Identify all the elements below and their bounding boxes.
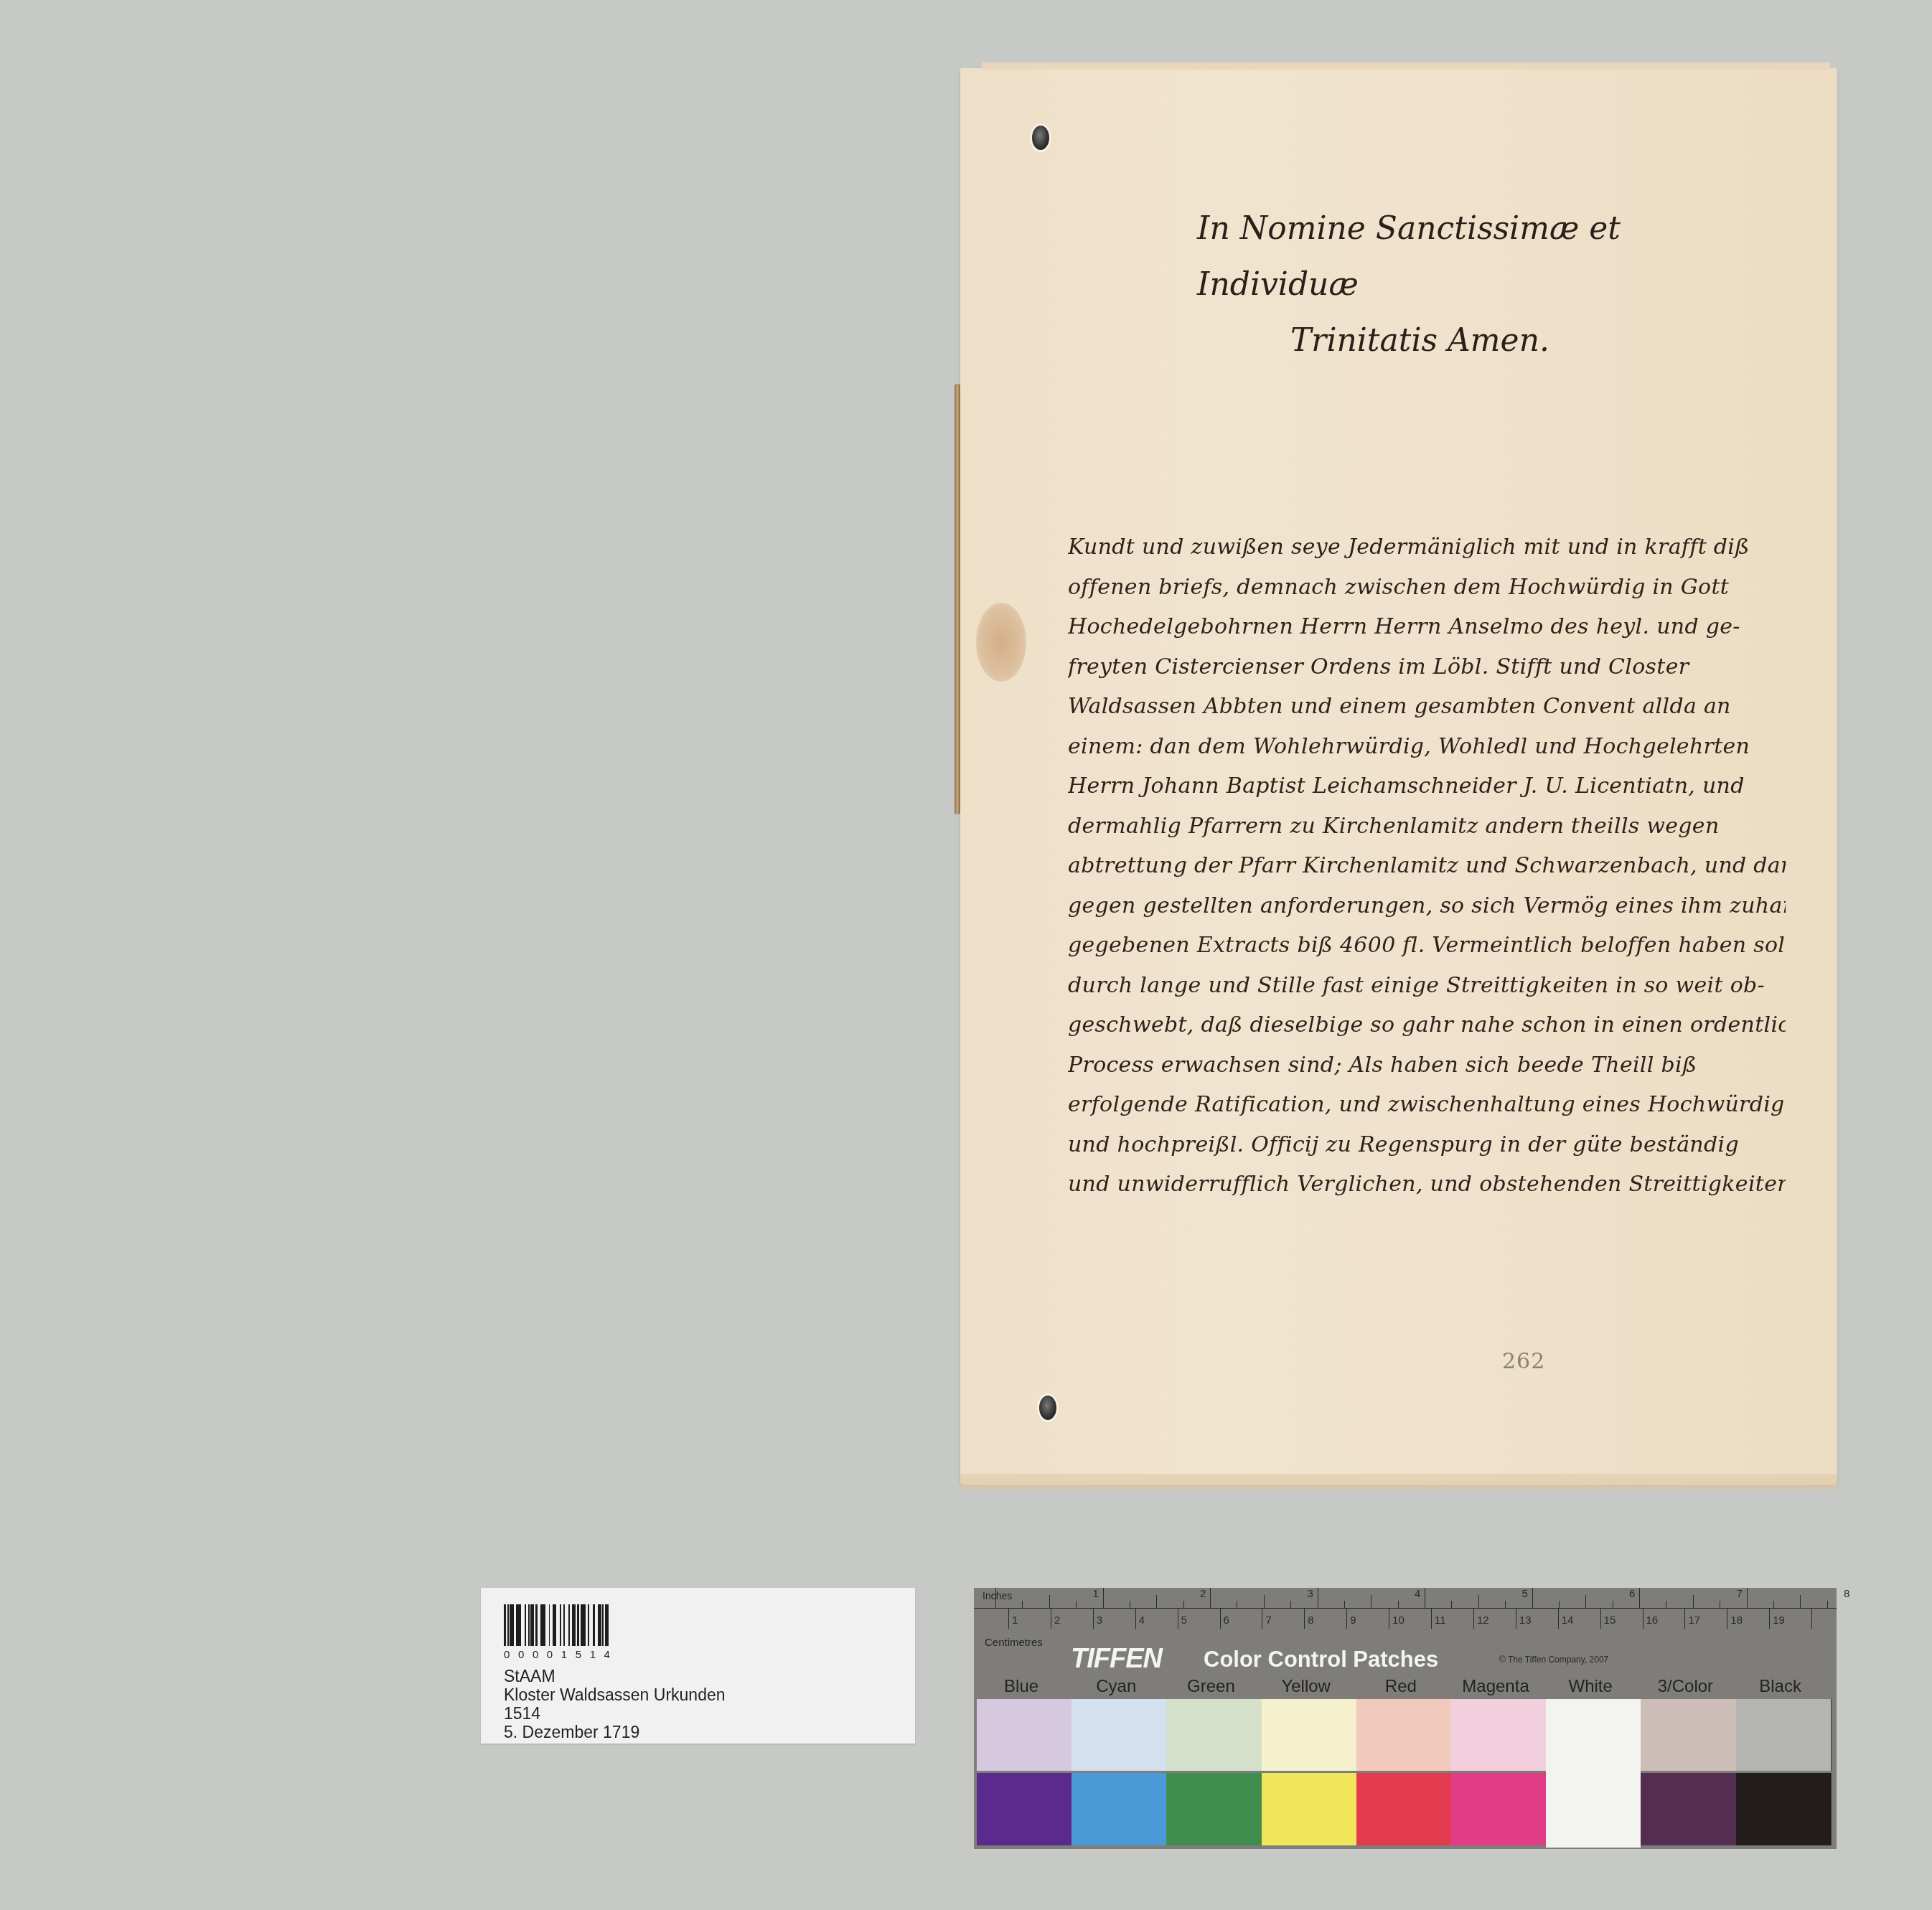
cm-number: 2 (1054, 1614, 1060, 1627)
text-line: gegen gestellten anforderungen, so sich … (1068, 886, 1786, 926)
barcode-number: 00001514 (504, 1649, 647, 1661)
text-line: Hochedelgebohrnen Herrn Herrn Anselmo de… (1068, 607, 1786, 647)
cm-number: 9 (1350, 1614, 1356, 1627)
inch-number: 8 (1844, 1588, 1849, 1600)
patch-light (1451, 1699, 1547, 1771)
cm-tick (1304, 1609, 1305, 1629)
binding-thread (955, 384, 960, 814)
inch-tick (1103, 1588, 1104, 1608)
cm-number: 17 (1688, 1614, 1700, 1627)
label-archive: StAAM (504, 1667, 726, 1685)
cm-tick (1389, 1609, 1389, 1629)
inch-number: 6 (1629, 1588, 1635, 1600)
invocation-line-1: In Nomine Sanctissimæ et Individuæ (1197, 201, 1628, 313)
cm-tick (1473, 1609, 1474, 1629)
inch-number: 3 (1308, 1588, 1313, 1600)
patch-dark (1641, 1773, 1736, 1845)
cm-tick (1684, 1609, 1685, 1629)
cm-tick (1811, 1609, 1812, 1629)
inch-tick (1371, 1595, 1371, 1608)
cm-tick (1769, 1609, 1770, 1629)
inch-tick (1156, 1595, 1157, 1608)
inch-number: 7 (1737, 1588, 1743, 1600)
inches-label: Inches (983, 1590, 1012, 1601)
inch-tick (1398, 1601, 1399, 1608)
patch-dark (1262, 1773, 1357, 1845)
label-text: StAAM Kloster Waldsassen Urkunden 1514 5… (504, 1667, 726, 1741)
patch-dark (977, 1773, 1072, 1845)
text-line: abtrettung der Pfarr Kirchenlamitz und S… (1068, 846, 1786, 886)
barcode-bar (516, 1604, 521, 1646)
inch-tick (995, 1588, 996, 1608)
label-collection: Kloster Waldsassen Urkunden (504, 1685, 726, 1704)
centimetres-label: Centimetres (985, 1637, 1043, 1649)
barcode-bar (605, 1604, 609, 1646)
cm-tick (1346, 1609, 1347, 1629)
patch-light (1262, 1699, 1357, 1771)
cm-number: 3 (1097, 1614, 1102, 1627)
text-line: einem: dan dem Wohlehrwürdig, Wohledl un… (1068, 727, 1786, 767)
barcode-bar (581, 1604, 586, 1646)
inch-tick (1827, 1601, 1828, 1608)
label-date: 5. Dezember 1719 (504, 1723, 726, 1741)
inch-number: 2 (1200, 1588, 1206, 1600)
inch-tick (1773, 1601, 1774, 1608)
patch-label-blue: Blue (974, 1677, 1069, 1701)
punch-hole-bottom (1039, 1396, 1056, 1420)
inch-tick (1666, 1601, 1666, 1608)
archive-label: 00001514 StAAM Kloster Waldsassen Urkund… (481, 1588, 915, 1744)
cm-number: 11 (1435, 1614, 1446, 1627)
barcode (504, 1604, 644, 1646)
text-line: gegebenen Extracts biß 4600 fl. Vermeint… (1068, 926, 1786, 966)
punch-hole-top (1032, 126, 1049, 150)
cm-tick (1008, 1609, 1009, 1629)
inch-tick (1747, 1588, 1748, 1608)
inch-tick (1318, 1588, 1318, 1608)
patch-label-white: White (1543, 1677, 1638, 1701)
inch-tick (1505, 1601, 1506, 1608)
patch-column-yellow (1262, 1699, 1356, 1848)
inch-tick (1532, 1588, 1533, 1608)
cm-tick (1516, 1609, 1516, 1629)
cm-tick (1178, 1609, 1178, 1629)
patch-names: BlueCyanGreenYellowRedMagentaWhite3/Colo… (974, 1677, 1837, 1701)
text-line: Process erwachsen sind; Als haben sich b… (1068, 1045, 1786, 1086)
cm-number: 7 (1265, 1614, 1271, 1627)
cm-number: 18 (1730, 1614, 1743, 1627)
inch-tick (1613, 1601, 1613, 1608)
cm-tick (1051, 1609, 1051, 1629)
patch-column-red (1356, 1699, 1451, 1848)
patch-dark (1356, 1773, 1452, 1845)
inch-tick (1290, 1601, 1291, 1608)
inch-tick (1130, 1601, 1130, 1608)
invocation-line-2: Trinitatis Amen. (1197, 313, 1628, 369)
cm-tick (1643, 1609, 1643, 1629)
inch-tick (1264, 1595, 1265, 1608)
patch-label-yellow: Yellow (1259, 1677, 1354, 1701)
inch-number: 4 (1415, 1588, 1420, 1600)
text-line: dermahlig Pfarrern zu Kirchenlamitz ande… (1068, 806, 1786, 847)
text-line: erfolgende Ratification, und zwischenhal… (1068, 1085, 1786, 1125)
inch-number: 5 (1522, 1588, 1528, 1600)
patch-dark (1736, 1773, 1832, 1845)
patch-column-3-color (1641, 1699, 1735, 1848)
patch-light (1736, 1699, 1832, 1771)
cm-number: 16 (1646, 1614, 1659, 1627)
cm-tick (1727, 1609, 1727, 1629)
cm-number: 8 (1308, 1614, 1313, 1627)
inch-tick (1425, 1588, 1425, 1608)
patch-dark (1071, 1773, 1167, 1845)
patch-dark (1166, 1773, 1262, 1845)
patch-label-red: Red (1354, 1677, 1448, 1701)
inch-number: 1 (1093, 1588, 1099, 1600)
patch-label-black: Black (1733, 1677, 1828, 1701)
patch-column-cyan (1071, 1699, 1166, 1848)
inch-tick (1693, 1595, 1694, 1608)
cm-number: 1 (1012, 1614, 1018, 1627)
inch-tick (1559, 1601, 1560, 1608)
copyright-text: © The Tiffen Company, 2007 (1499, 1655, 1608, 1665)
patch-dark (1451, 1773, 1547, 1845)
inch-tick (1049, 1595, 1050, 1608)
inch-tick (1451, 1601, 1452, 1608)
patch-label-cyan: Cyan (1069, 1677, 1163, 1701)
cm-number: 14 (1562, 1614, 1574, 1627)
cm-tick (1558, 1609, 1559, 1629)
cm-tick (1431, 1609, 1432, 1629)
patch-label-3-color: 3/Color (1638, 1677, 1732, 1701)
patch-column-blue (977, 1699, 1071, 1848)
text-line: Herrn Johann Baptist Leichamschneider J.… (1068, 766, 1786, 806)
folio-number: 262 (1502, 1349, 1545, 1374)
inch-ruler: Inches 12345678 (974, 1588, 1837, 1609)
patch-light (1166, 1699, 1262, 1771)
cm-tick (1262, 1609, 1262, 1629)
patch-column-green (1166, 1699, 1261, 1848)
inch-tick (1022, 1601, 1023, 1608)
inch-tick (1344, 1601, 1345, 1608)
inch-tick (1800, 1595, 1801, 1608)
water-stain (976, 603, 1026, 682)
cm-tick (1220, 1609, 1221, 1629)
patch-light (1071, 1699, 1167, 1771)
color-patches (977, 1699, 1830, 1848)
inch-tick (1183, 1601, 1184, 1608)
text-line: Waldsassen Abbten und einem gesambten Co… (1068, 687, 1786, 727)
inch-tick (1585, 1595, 1586, 1608)
patch-light (1641, 1699, 1736, 1771)
color-control-card: Inches 12345678 123456789101112131415161… (974, 1588, 1837, 1849)
text-line: freyten Cistercienser Ordens im Löbl. St… (1068, 647, 1786, 687)
centimetre-ruler: 12345678910111213141516171819 (974, 1609, 1837, 1637)
patch-column-white (1546, 1699, 1641, 1848)
patch-light (977, 1699, 1072, 1771)
cm-tick (1093, 1609, 1094, 1629)
text-line: offenen briefs, demnach zwischen dem Hoc… (1068, 568, 1786, 608)
patch-column-black (1736, 1699, 1831, 1848)
text-line: durch lange und Stille fast einige Strei… (1068, 966, 1786, 1006)
inch-tick (1237, 1601, 1237, 1608)
cm-tick (1600, 1609, 1601, 1629)
inch-tick (1639, 1588, 1640, 1608)
cm-number: 13 (1519, 1614, 1532, 1627)
text-line: und hochpreißl. Officij zu Regenspurg in… (1068, 1125, 1786, 1165)
text-line: Kundt und zuwißen seye Jedermäniglich mi… (1068, 527, 1786, 568)
manuscript-page: In Nomine Sanctissimæ et Individuæ Trini… (960, 68, 1837, 1485)
manuscript-body: Kundt und zuwißen seye Jedermäniglich mi… (1068, 527, 1786, 1205)
inch-tick (1210, 1588, 1211, 1608)
patch-label-magenta: Magenta (1448, 1677, 1543, 1701)
cm-number: 5 (1181, 1614, 1187, 1627)
cm-number: 10 (1392, 1614, 1405, 1627)
cm-number: 4 (1139, 1614, 1145, 1627)
cm-tick (1135, 1609, 1136, 1629)
card-title: Color Control Patches (1204, 1647, 1438, 1673)
barcode-bar (540, 1604, 545, 1646)
inch-tick (1076, 1601, 1077, 1608)
text-line: geschwebt, daß dieselbige so gahr nahe s… (1068, 1005, 1786, 1045)
patch-light (1356, 1699, 1452, 1771)
cm-number: 12 (1477, 1614, 1489, 1627)
cm-number: 6 (1224, 1614, 1229, 1627)
text-line: und unwiderrufflich Verglichen, und obst… (1068, 1165, 1786, 1205)
inch-tick (1720, 1601, 1720, 1608)
label-item-number: 1514 (504, 1704, 726, 1723)
invocation-heading: In Nomine Sanctissimæ et Individuæ Trini… (1197, 201, 1628, 369)
cm-number: 15 (1604, 1614, 1616, 1627)
inch-tick (1478, 1595, 1479, 1608)
tiffen-logo: TIFFEN (1071, 1644, 1162, 1675)
cm-number: 19 (1773, 1614, 1785, 1627)
patch-column-magenta (1451, 1699, 1546, 1848)
patch-white (1546, 1699, 1641, 1848)
patch-label-green: Green (1163, 1677, 1258, 1701)
